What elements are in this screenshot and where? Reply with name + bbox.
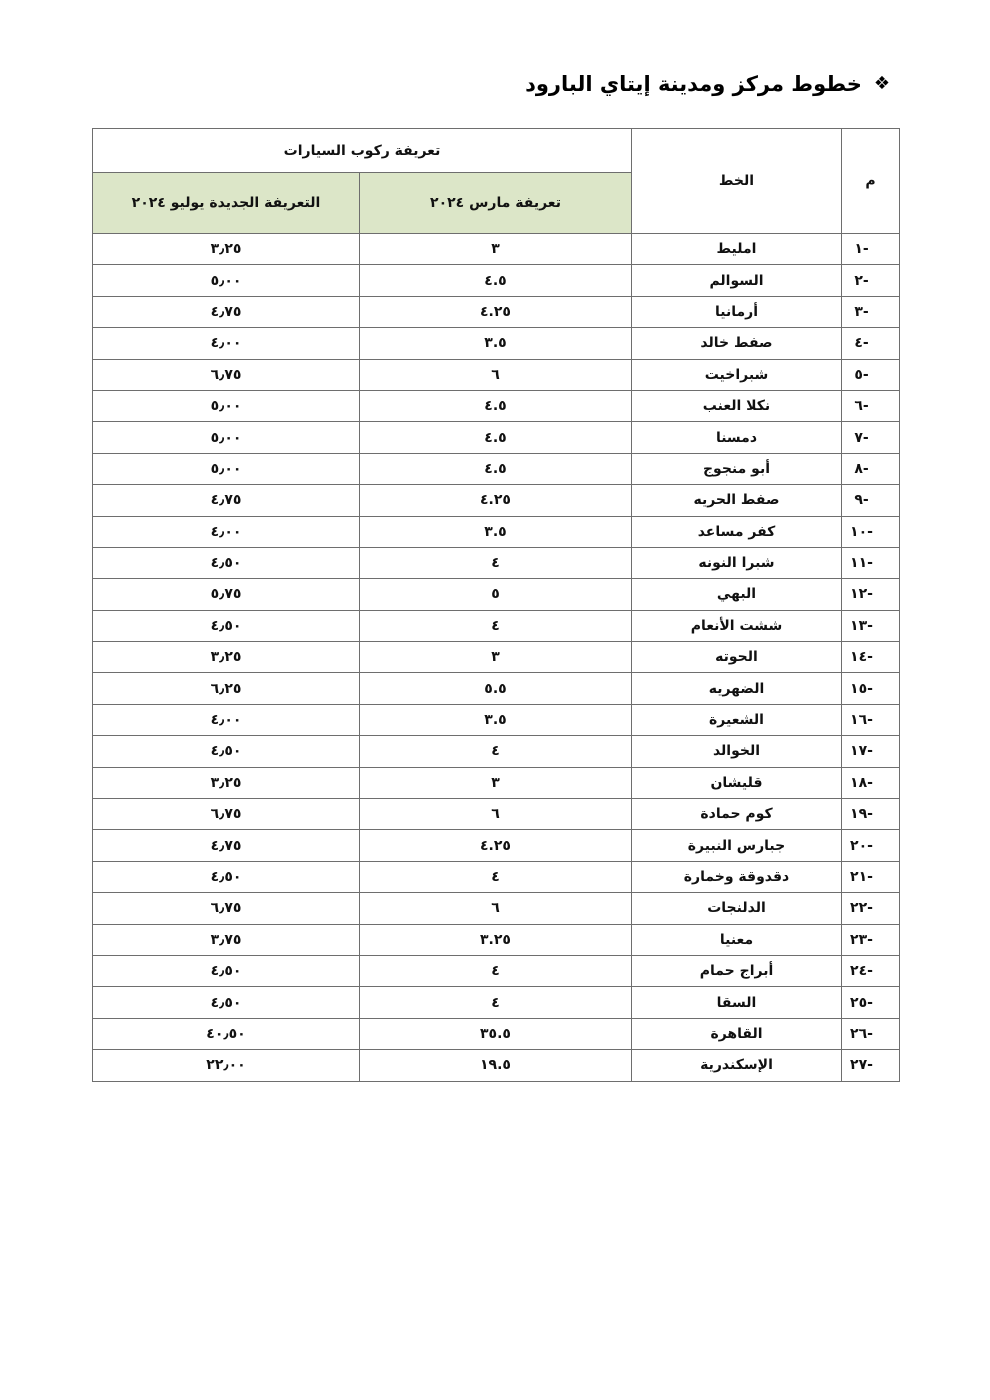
line-name-cell: شبرا النونه	[632, 547, 842, 578]
row-index: -١٢	[842, 579, 900, 610]
march-fare-cell: ٦	[360, 799, 632, 830]
march-fare-cell: ٣	[360, 234, 632, 265]
line-name-cell: الحوته	[632, 642, 842, 673]
new-fare-cell: ٤٫٥٠	[93, 736, 360, 767]
march-fare-cell: ٣.٥	[360, 328, 632, 359]
march-fare-cell: ٦	[360, 359, 632, 390]
table-row: -٤صفط خالد٣.٥٤٫٠٠	[93, 328, 900, 359]
line-name-cell: أبو منجوج	[632, 453, 842, 484]
row-index: -١٦	[842, 704, 900, 735]
line-name-cell: شبراخيت	[632, 359, 842, 390]
new-fare-cell: ٥٫٠٠	[93, 422, 360, 453]
header-new-fare: التعريفة الجديدة يوليو ٢٠٢٤	[93, 173, 360, 234]
line-name-cell: أرمانيا	[632, 296, 842, 327]
new-fare-cell: ٦٫٧٥	[93, 893, 360, 924]
row-index: -١٧	[842, 736, 900, 767]
row-index: -٤	[842, 328, 900, 359]
table-header-row: م الخط تعريفة ركوب السيارات	[93, 129, 900, 173]
table-row: -١٢البهي٥٥٫٧٥	[93, 579, 900, 610]
march-fare-cell: ٤	[360, 610, 632, 641]
new-fare-cell: ٤٫٧٥	[93, 485, 360, 516]
line-name-cell: صفط خالد	[632, 328, 842, 359]
row-index: -١٩	[842, 799, 900, 830]
document-title-text: خطوط مركز ومدينة إيتاي البارود	[525, 72, 862, 96]
header-index: م	[842, 129, 900, 234]
table-row: -٢٦القاهرة٣٥.٥٤٠٫٥٠	[93, 1018, 900, 1049]
table-row: -٢٧الإسكندرية١٩.٥٢٢٫٠٠	[93, 1050, 900, 1081]
march-fare-cell: ٤	[360, 955, 632, 986]
row-index: -١٣	[842, 610, 900, 641]
table-row: -٩صفط الحريه٤.٢٥٤٫٧٥	[93, 485, 900, 516]
document-title: ❖ خطوط مركز ومدينة إيتاي البارود	[525, 72, 890, 96]
row-index: -٢٧	[842, 1050, 900, 1081]
march-fare-cell: ٣.٥	[360, 704, 632, 735]
line-name-cell: السقا	[632, 987, 842, 1018]
table-row: -١٥الضهريه٥.٥٦٫٢٥	[93, 673, 900, 704]
line-name-cell: القاهرة	[632, 1018, 842, 1049]
row-index: -١	[842, 234, 900, 265]
table-row: -٢٤أبراج حمام٤٤٫٥٠	[93, 955, 900, 986]
table-row: -٣أرمانيا٤.٢٥٤٫٧٥	[93, 296, 900, 327]
line-name-cell: الخوالد	[632, 736, 842, 767]
new-fare-cell: ٣٫٢٥	[93, 767, 360, 798]
march-fare-cell: ١٩.٥	[360, 1050, 632, 1081]
march-fare-cell: ٥.٥	[360, 673, 632, 704]
new-fare-cell: ٤٫٠٠	[93, 704, 360, 735]
row-index: -٢٥	[842, 987, 900, 1018]
line-name-cell: الشعيرة	[632, 704, 842, 735]
row-index: -١٠	[842, 516, 900, 547]
new-fare-cell: ٤٫٥٠	[93, 861, 360, 892]
fare-table: م الخط تعريفة ركوب السيارات تعريفة مارس …	[92, 128, 900, 1082]
table-row: -٢٣معنيا٣.٢٥٣٫٧٥	[93, 924, 900, 955]
new-fare-cell: ٤٫٧٥	[93, 830, 360, 861]
row-index: -١١	[842, 547, 900, 578]
line-name-cell: السوالم	[632, 265, 842, 296]
row-index: -٢٤	[842, 955, 900, 986]
new-fare-cell: ٤٫٥٠	[93, 987, 360, 1018]
new-fare-cell: ٢٢٫٠٠	[93, 1050, 360, 1081]
march-fare-cell: ٤	[360, 987, 632, 1018]
new-fare-cell: ٤٠٫٥٠	[93, 1018, 360, 1049]
table-row: -١٦الشعيرة٣.٥٤٫٠٠	[93, 704, 900, 735]
new-fare-cell: ٤٫٠٠	[93, 328, 360, 359]
table-row: -٢٠جبارس النبيرة٤.٢٥٤٫٧٥	[93, 830, 900, 861]
line-name-cell: كفر مساعد	[632, 516, 842, 547]
row-index: -٢٣	[842, 924, 900, 955]
table-row: -٥شبراخيت٦٦٫٧٥	[93, 359, 900, 390]
table-row: -١٠كفر مساعد٣.٥٤٫٠٠	[93, 516, 900, 547]
table-row: -٢٢الدلنجات٦٦٫٧٥	[93, 893, 900, 924]
table-row: -١١شبرا النونه٤٤٫٥٠	[93, 547, 900, 578]
march-fare-cell: ٤.٢٥	[360, 485, 632, 516]
march-fare-cell: ٥	[360, 579, 632, 610]
row-index: -٢	[842, 265, 900, 296]
row-index: -٢٢	[842, 893, 900, 924]
new-fare-cell: ٦٫٧٥	[93, 799, 360, 830]
row-index: -٦	[842, 390, 900, 421]
line-name-cell: نكلا العنب	[632, 390, 842, 421]
row-index: -١٨	[842, 767, 900, 798]
table-row: -٢٥السقا٤٤٫٥٠	[93, 987, 900, 1018]
march-fare-cell: ٤.٥	[360, 453, 632, 484]
new-fare-cell: ٣٫٢٥	[93, 642, 360, 673]
march-fare-cell: ٣	[360, 767, 632, 798]
row-index: -٢٠	[842, 830, 900, 861]
new-fare-cell: ٥٫٠٠	[93, 453, 360, 484]
row-index: -٨	[842, 453, 900, 484]
row-index: -٣	[842, 296, 900, 327]
new-fare-cell: ٤٫٠٠	[93, 516, 360, 547]
new-fare-cell: ٥٫٠٠	[93, 390, 360, 421]
march-fare-cell: ٤	[360, 861, 632, 892]
line-name-cell: الدلنجات	[632, 893, 842, 924]
line-name-cell: معنيا	[632, 924, 842, 955]
new-fare-cell: ٥٫٠٠	[93, 265, 360, 296]
line-name-cell: امليط	[632, 234, 842, 265]
new-fare-cell: ٦٫٢٥	[93, 673, 360, 704]
line-name-cell: صفط الحريه	[632, 485, 842, 516]
line-name-cell: دمسنا	[632, 422, 842, 453]
table-row: -١٤الحوته٣٣٫٢٥	[93, 642, 900, 673]
line-name-cell: جبارس النبيرة	[632, 830, 842, 861]
march-fare-cell: ٤	[360, 736, 632, 767]
new-fare-cell: ٦٫٧٥	[93, 359, 360, 390]
row-index: -٢١	[842, 861, 900, 892]
march-fare-cell: ٤.٥	[360, 422, 632, 453]
table-row: -١امليط٣٣٫٢٥	[93, 234, 900, 265]
line-name-cell: الإسكندرية	[632, 1050, 842, 1081]
march-fare-cell: ٣.٥	[360, 516, 632, 547]
new-fare-cell: ٤٫٥٠	[93, 955, 360, 986]
march-fare-cell: ٤.٢٥	[360, 830, 632, 861]
new-fare-cell: ٤٫٧٥	[93, 296, 360, 327]
table-row: -٢السوالم٤.٥٥٫٠٠	[93, 265, 900, 296]
table-row: -٨أبو منجوج٤.٥٥٫٠٠	[93, 453, 900, 484]
march-fare-cell: ٣.٢٥	[360, 924, 632, 955]
new-fare-cell: ٣٫٢٥	[93, 234, 360, 265]
line-name-cell: قليشان	[632, 767, 842, 798]
row-index: -٩	[842, 485, 900, 516]
header-march-fare: تعريفة مارس ٢٠٢٤	[360, 173, 632, 234]
march-fare-cell: ٣	[360, 642, 632, 673]
table-row: -١٨قليشان٣٣٫٢٥	[93, 767, 900, 798]
table-row: -١٩كوم حمادة٦٦٫٧٥	[93, 799, 900, 830]
march-fare-cell: ٤	[360, 547, 632, 578]
march-fare-cell: ٦	[360, 893, 632, 924]
row-index: -٥	[842, 359, 900, 390]
line-name-cell: ششت الأنعام	[632, 610, 842, 641]
table-row: -٦نكلا العنب٤.٥٥٫٠٠	[93, 390, 900, 421]
table-row: -١٣ششت الأنعام٤٤٫٥٠	[93, 610, 900, 641]
header-fare-group: تعريفة ركوب السيارات	[93, 129, 632, 173]
line-name-cell: أبراج حمام	[632, 955, 842, 986]
fare-table-body: -١امليط٣٣٫٢٥-٢السوالم٤.٥٥٫٠٠-٣أرمانيا٤.٢…	[93, 234, 900, 1082]
line-name-cell: دقدوقة وخمارة	[632, 861, 842, 892]
header-line: الخط	[632, 129, 842, 234]
march-fare-cell: ٤.٥	[360, 390, 632, 421]
row-index: -٢٦	[842, 1018, 900, 1049]
diamond-bullet-icon: ❖	[874, 75, 890, 93]
new-fare-cell: ٤٫٥٠	[93, 610, 360, 641]
line-name-cell: البهي	[632, 579, 842, 610]
new-fare-cell: ٣٫٧٥	[93, 924, 360, 955]
row-index: -١٤	[842, 642, 900, 673]
table-row: -٧دمسنا٤.٥٥٫٠٠	[93, 422, 900, 453]
table-row: -١٧الخوالد٤٤٫٥٠	[93, 736, 900, 767]
march-fare-cell: ٣٥.٥	[360, 1018, 632, 1049]
march-fare-cell: ٤.٢٥	[360, 296, 632, 327]
march-fare-cell: ٤.٥	[360, 265, 632, 296]
row-index: -١٥	[842, 673, 900, 704]
line-name-cell: الضهريه	[632, 673, 842, 704]
table-row: -٢١دقدوقة وخمارة٤٤٫٥٠	[93, 861, 900, 892]
row-index: -٧	[842, 422, 900, 453]
new-fare-cell: ٤٫٥٠	[93, 547, 360, 578]
new-fare-cell: ٥٫٧٥	[93, 579, 360, 610]
line-name-cell: كوم حمادة	[632, 799, 842, 830]
